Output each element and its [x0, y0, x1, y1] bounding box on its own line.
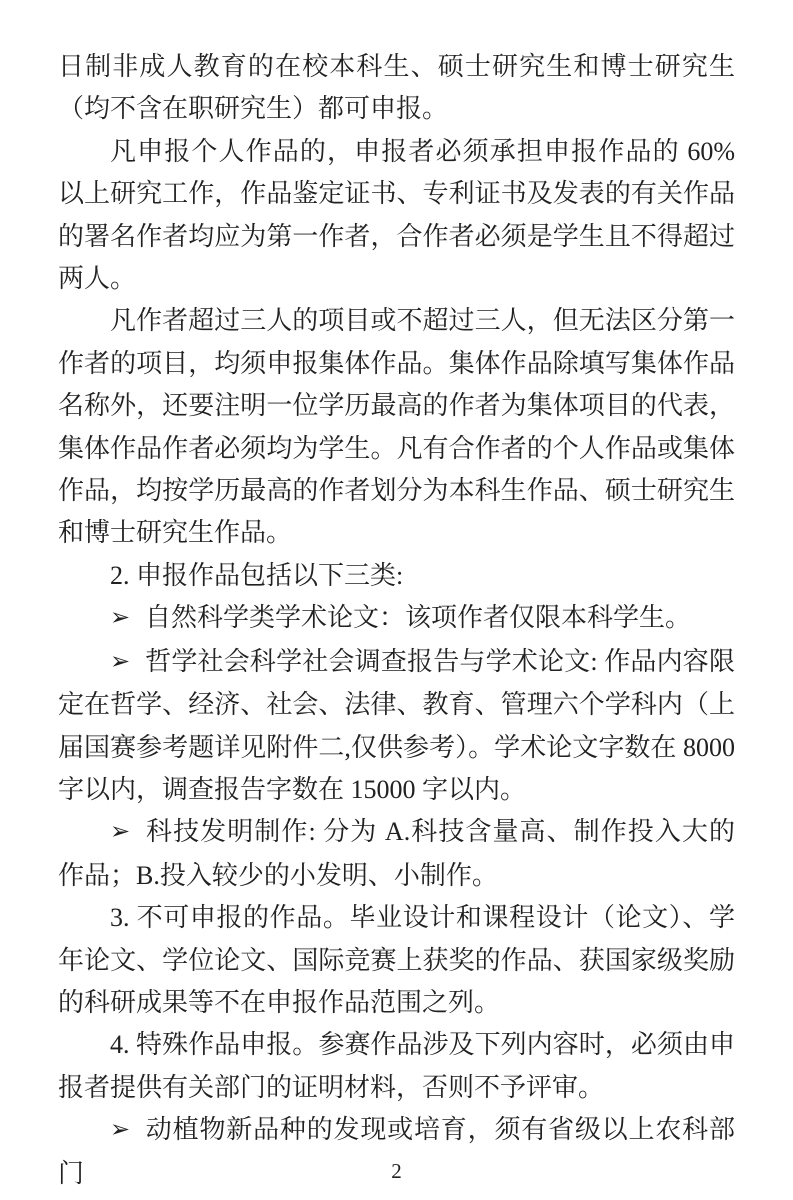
paragraph-item-3-not-allowed: 3. 不可申报的作品。毕业设计和课程设计（论文）、学年论文、学位论文、国际竞赛上…	[58, 897, 735, 1024]
bullet-item-social-science: ➢哲学社会科学社会调查报告与学术论文: 作品内容限定在哲学、经济、社会、法律、教…	[58, 641, 735, 812]
paragraph-collective-works-rule: 凡作者超过三人的项目或不超过三人，但无法区分第一作者的项目，均须申报集体作品。集…	[58, 300, 735, 554]
document-page: 日制非成人教育的在校本科生、硕士研究生和博士研究生（均不含在职研究生）都可申报。…	[0, 0, 793, 1200]
bullet-item-text: 自然科学类学术论文：该项作者仅限本科学生。	[145, 603, 691, 632]
bullet-item-text: 哲学社会科学社会调查报告与学术论文: 作品内容限定在哲学、经济、社会、法律、教育…	[58, 647, 735, 804]
page-number: 2	[391, 1159, 402, 1183]
bullet-item-text: 科技发明制作: 分为 A.科技含量高、制作投入大的作品；B.投入较少的小发明、小…	[58, 817, 735, 889]
paragraph-individual-works-rule: 凡申报个人作品的，申报者必须承担申报作品的 60%以上研究工作，作品鉴定证书、专…	[58, 131, 735, 301]
document-body: 日制非成人教育的在校本科生、硕士研究生和博士研究生（均不含在职研究生）都可申报。…	[58, 46, 735, 1195]
paragraph-continuation: 日制非成人教育的在校本科生、硕士研究生和博士研究生（均不含在职研究生）都可申报。	[58, 46, 735, 131]
arrow-bullet-icon: ➢	[110, 641, 130, 683]
arrow-bullet-icon: ➢	[110, 1109, 130, 1151]
page-footer: 2	[0, 1159, 793, 1184]
paragraph-item-2-heading: 2. 申报作品包括以下三类:	[58, 555, 735, 597]
bullet-item-tech-invention: ➢科技发明制作: 分为 A.科技含量高、制作投入大的作品；B.投入较少的小发明、…	[58, 811, 735, 897]
arrow-bullet-icon: ➢	[110, 597, 130, 639]
paragraph-item-4-special-works: 4. 特殊作品申报。参赛作品涉及下列内容时，必须由申报者提供有关部门的证明材料，…	[58, 1024, 735, 1109]
arrow-bullet-icon: ➢	[110, 811, 130, 853]
bullet-item-natural-science: ➢自然科学类学术论文：该项作者仅限本科学生。	[58, 597, 735, 640]
